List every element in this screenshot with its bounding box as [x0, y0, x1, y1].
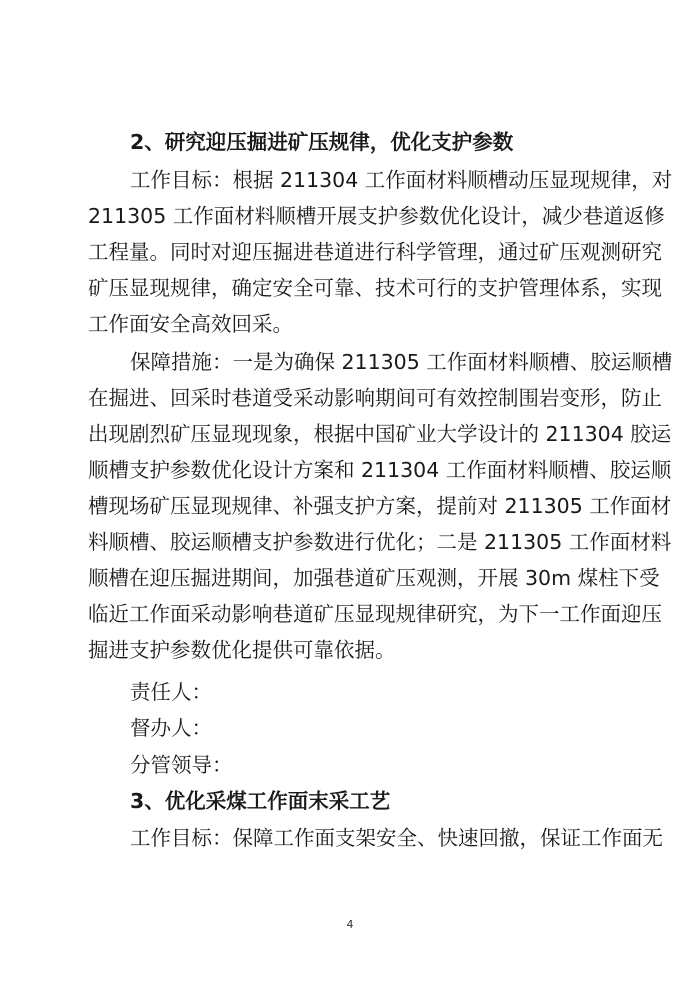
supervisor-label: 督办人：	[130, 716, 614, 740]
paragraph-line: 工作目标：保障工作面支架安全、快速回撤，保证工作面无	[130, 826, 614, 850]
document-page: 2、研究迎压掘进矿压规律，优化支护参数 工作目标：根据 211304 工作面材料…	[0, 0, 700, 990]
section-heading-2: 2、研究迎压掘进矿压规律，优化支护参数	[130, 130, 614, 154]
paragraph-line: 顺槽支护参数优化设计方案和 211304 工作面材料顺槽、胶运顺	[88, 458, 614, 482]
section-heading-3: 3、优化采煤工作面末采工艺	[130, 789, 614, 813]
paragraph-line: 工程量。同时对迎压掘进巷道进行科学管理，通过矿压观测研究	[88, 240, 614, 264]
leader-in-charge-label: 分管领导：	[130, 753, 614, 777]
paragraph-line: 顺槽在迎压掘进期间，加强巷道矿压观测，开展 30m 煤柱下受	[88, 566, 614, 590]
paragraph-line: 矿压显现规律，确定安全可靠、技术可行的支护管理体系，实现	[88, 276, 614, 300]
paragraph-line: 出现剧烈矿压显现现象，根据中国矿业大学设计的 211304 胶运	[88, 422, 614, 446]
paragraph-line: 槽现场矿压显现规律、补强支护方案，提前对 211305 工作面材	[88, 494, 614, 518]
paragraph-line: 保障措施：一是为确保 211305 工作面材料顺槽、胶运顺槽	[130, 350, 614, 374]
paragraph-line: 211305 工作面材料顺槽开展支护参数优化设计，减少巷道返修	[88, 204, 614, 228]
paragraph-line: 临近工作面采动影响巷道矿压显现规律研究，为下一工作面迎压	[88, 602, 614, 626]
paragraph-line: 掘进支护参数优化提供可靠依据。	[88, 638, 614, 662]
paragraph-line: 工作目标：根据 211304 工作面材料顺槽动压显现规律，对	[130, 168, 614, 192]
responsible-person-label: 责任人：	[130, 680, 614, 704]
paragraph-line: 工作面安全高效回采。	[88, 312, 614, 336]
page-number: 4	[0, 918, 700, 931]
paragraph-line: 在掘进、回采时巷道受采动影响期间可有效控制围岩变形，防止	[88, 386, 614, 410]
paragraph-line: 料顺槽、胶运顺槽支护参数进行优化；二是 211305 工作面材料	[88, 530, 614, 554]
